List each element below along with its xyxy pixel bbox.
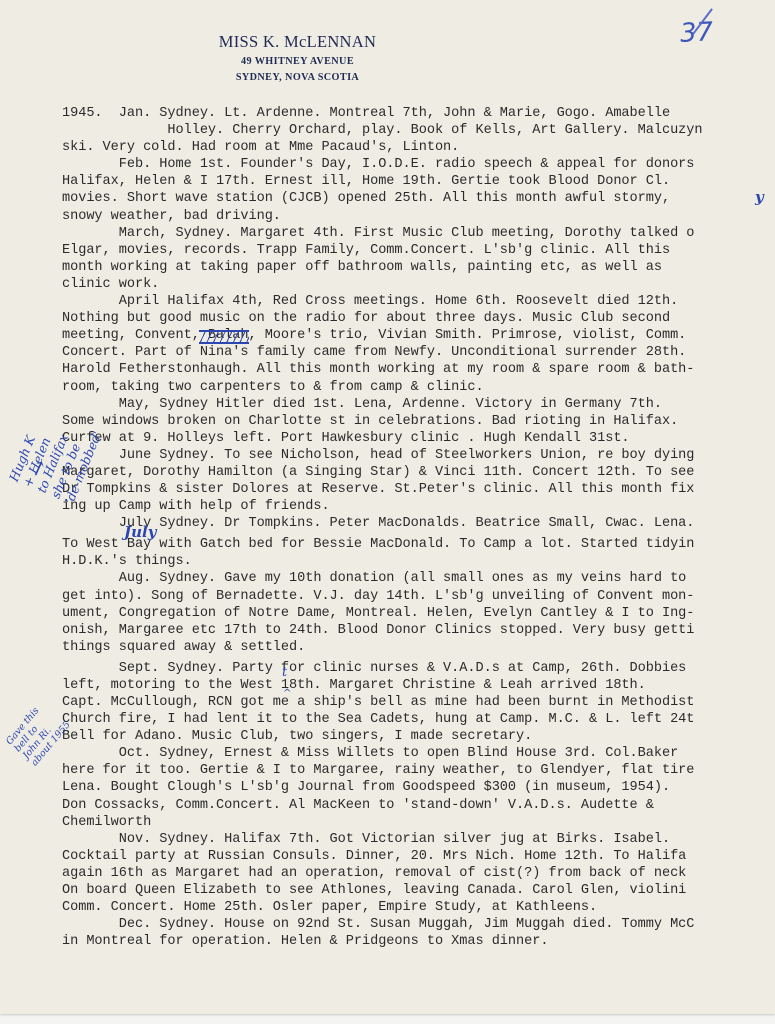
text-line: Bell for Adano. Music Club, two singers,…: [62, 728, 775, 745]
text-line: Halifax, Helen & I 17th. Ernest ill, Hom…: [62, 173, 775, 190]
text-line: month working at taking paper off bathro…: [62, 259, 775, 276]
text-line: movies. Short wave station (CJCB) opened…: [62, 190, 775, 207]
text-line: ing up Camp with help of friends.: [62, 498, 775, 515]
text-line: March, Sydney. Margaret 4th. First Music…: [62, 225, 775, 242]
july-correction: July: [124, 523, 156, 541]
text-line: left, motoring to the West 18th. Margare…: [62, 677, 775, 694]
text-line: clinic work.: [62, 276, 775, 293]
text-line: Concert. Part of Nina's family came from…: [62, 344, 775, 361]
text-line: things squared away & settled.: [62, 639, 775, 660]
text-line: Nov. Sydney. Halifax 7th. Got Victorian …: [62, 831, 775, 848]
text-line: get into). Song of Bernadette. V.J. day …: [62, 588, 775, 605]
text-line: Capt. McCullough, RCN got me a ship's be…: [62, 694, 775, 711]
text-line: snowy weather, bad driving.: [62, 208, 775, 225]
text-line: Chemilworth: [62, 814, 775, 831]
text-line: H.D.K.'s things.: [62, 553, 775, 570]
text-line: Feb. Home 1st. Founder's Day, I.O.D.E. r…: [62, 156, 775, 173]
text-line: July Sydney. Dr Tompkins. Peter MacDonal…: [62, 515, 775, 536]
text-line: June Sydney. To see Nicholson, head of S…: [62, 447, 775, 464]
text-line: Don Cossacks, Comm.Concert. Al MacKeen t…: [62, 797, 775, 814]
text-line: Oct. Sydney, Ernest & Miss Willets to op…: [62, 745, 775, 762]
text-line: Lena. Bought Clough's L'sb'g Journal fro…: [62, 779, 775, 796]
caret-icon: ^: [283, 688, 291, 699]
text-line: Holley. Cherry Orchard, play. Book of Ke…: [62, 122, 775, 139]
text-line: ski. Very cold. Had room at Mme Pacaud's…: [62, 139, 775, 156]
text-line: in Montreal for operation. Helen & Pridg…: [62, 933, 775, 950]
text-line: Nothing but good music on the radio for …: [62, 310, 775, 327]
text-line: here for it too. Gertie & I to Margaree,…: [62, 762, 775, 779]
text-line: Comm. Concert. Home 25th. Osler paper, E…: [62, 899, 775, 916]
text-line: Dec. Sydney. House on 92nd St. Susan Mug…: [62, 916, 775, 933]
text-line: Some windows broken on Charlotte st in c…: [62, 413, 775, 430]
text-line: To West Bay with Gatch bed for Bessie Ma…: [62, 536, 775, 553]
text-line: Church fire, I had lent it to the Sea Ca…: [62, 711, 775, 728]
letterhead-street: 49 WHITNEY AVENUE: [0, 56, 775, 67]
text-line: meeting, Convent, Balah, Moore's trio, V…: [62, 327, 775, 344]
party-insert: t: [282, 665, 287, 680]
text-line: Sept. Sydney. Party for clinic nurses & …: [62, 660, 775, 677]
text-line: onish, Margaree etc 17th to 24th. Blood …: [62, 622, 775, 639]
text-line: Elgar, movies, records. Trapp Family, Co…: [62, 242, 775, 259]
text-line: May, Sydney Hitler died 1st. Lena, Arden…: [62, 396, 775, 413]
letter-page: MISS K. McLENNAN 49 WHITNEY AVENUE SYDNE…: [0, 0, 775, 1014]
page-number-text: 37: [679, 17, 714, 49]
text-line: Cocktail party at Russian Consuls. Dinne…: [62, 848, 775, 865]
letterhead: MISS K. McLENNAN 49 WHITNEY AVENUE SYDNE…: [0, 32, 775, 83]
text-line: again 16th as Margaret had an operation,…: [62, 865, 775, 882]
text-line: On board Queen Elizabeth to see Athlones…: [62, 882, 775, 899]
storm-correction: y: [755, 188, 764, 206]
text-line: Harold Fetherstonhaugh. All this month w…: [62, 361, 775, 378]
text-line: ument, Congregation of Notre Dame, Montr…: [62, 605, 775, 622]
text-line: Curfew at 9. Holleys left. Port Hawkesbu…: [62, 430, 775, 447]
text-line: Margaret, Dorothy Hamilton (a Singing St…: [62, 464, 775, 481]
text-line: 1945. Jan. Sydney. Lt. Ardenne. Montreal…: [62, 105, 775, 122]
text-line: Aug. Sydney. Gave my 10th donation (all …: [62, 570, 775, 587]
diary-text: 1945. Jan. Sydney. Lt. Ardenne. Montreal…: [62, 105, 775, 950]
page-number: 37: [679, 17, 714, 49]
letterhead-name: MISS K. McLENNAN: [0, 32, 775, 52]
text-line: Dr Tompkins & sister Dolores at Reserve.…: [62, 481, 775, 498]
text-line: April Halifax 4th, Red Cross meetings. H…: [62, 293, 775, 310]
text-line: room, taking two carpenters to & from ca…: [62, 379, 775, 396]
strikeout-mark: [199, 330, 249, 344]
letterhead-city: SYDNEY, NOVA SCOTIA: [0, 72, 775, 83]
